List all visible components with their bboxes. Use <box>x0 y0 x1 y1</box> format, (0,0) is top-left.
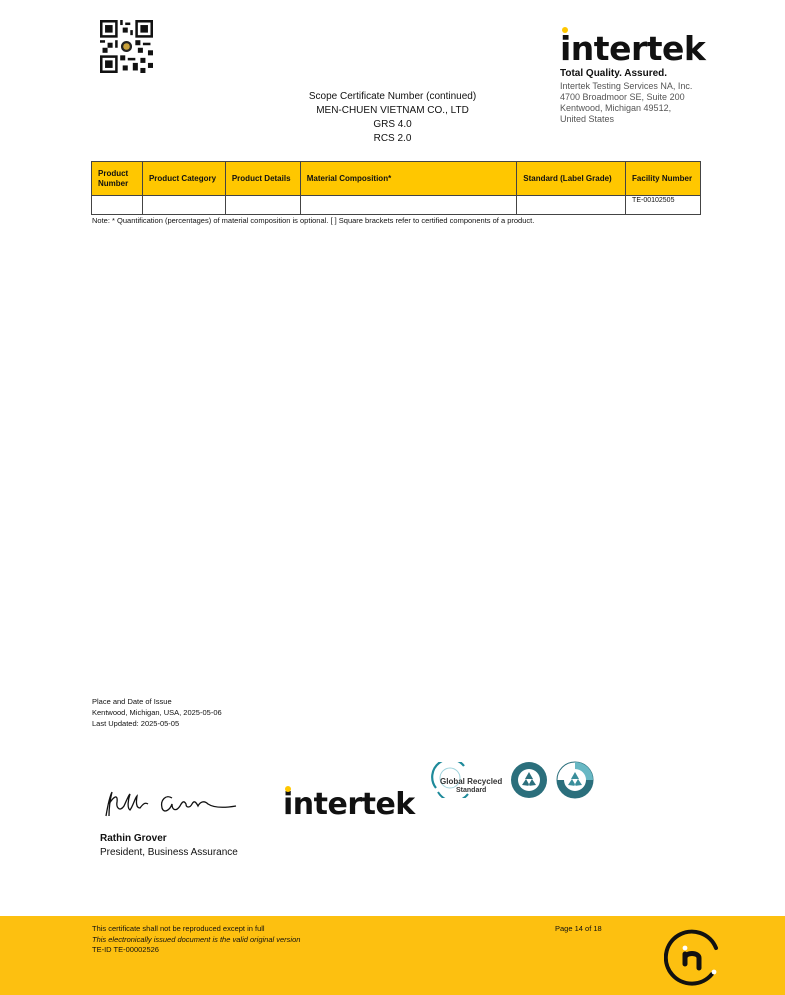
recycled-100-claim-standard-badge <box>510 761 548 799</box>
footer-disclaimer: This certificate shall not be reproduced… <box>92 924 300 956</box>
qr-code-icon <box>100 20 153 73</box>
svg-text:Global Recycled: Global Recycled <box>440 777 502 786</box>
intertek-logo-center: intertek <box>283 790 415 820</box>
column-header: Material Composition* <box>300 162 517 196</box>
table-note: Note: * Quantification (percentages) of … <box>92 216 534 225</box>
tagline: Total Quality. Assured. <box>560 68 705 79</box>
column-header: Product Category <box>142 162 225 196</box>
table-row: TE-00102505 <box>92 196 701 215</box>
column-header: Product Details <box>225 162 300 196</box>
signatory-title: President, Business Assurance <box>100 846 238 860</box>
footer: This certificate shall not be reproduced… <box>0 916 785 995</box>
table-cell <box>92 196 143 215</box>
global-recycled-standard-logo: Global Recycled Standard <box>430 762 502 798</box>
issue-info: Place and Date of Issue Kentwood, Michig… <box>92 696 222 729</box>
table-cell <box>300 196 517 215</box>
recycled-blended-claim-standard-badge <box>556 761 594 799</box>
facility-number-cell: TE-00102505 <box>626 196 701 215</box>
table-cell <box>142 196 225 215</box>
logo-dot-icon <box>562 27 568 33</box>
table-cell <box>517 196 626 215</box>
column-header: Facility Number <box>626 162 701 196</box>
signatory: Rathin Grover President, Business Assura… <box>100 832 238 860</box>
column-header: Product Number <box>92 162 143 196</box>
column-header: Standard (Label Grade) <box>517 162 626 196</box>
intertek-logo: intertek <box>560 32 705 65</box>
certificate-title: Scope Certificate Number (continued) MEN… <box>0 90 785 146</box>
svg-text:Standard: Standard <box>456 787 486 794</box>
scope-table: Product Number Product Category Product … <box>91 161 701 215</box>
signature-icon <box>100 786 240 822</box>
signatory-name: Rathin Grover <box>100 833 167 844</box>
page-number: Page 14 of 18 <box>555 924 602 933</box>
intertek-in-icon <box>664 928 724 988</box>
logo-dot-icon <box>285 786 291 792</box>
table-header-row: Product Number Product Category Product … <box>92 162 701 196</box>
table-cell <box>225 196 300 215</box>
